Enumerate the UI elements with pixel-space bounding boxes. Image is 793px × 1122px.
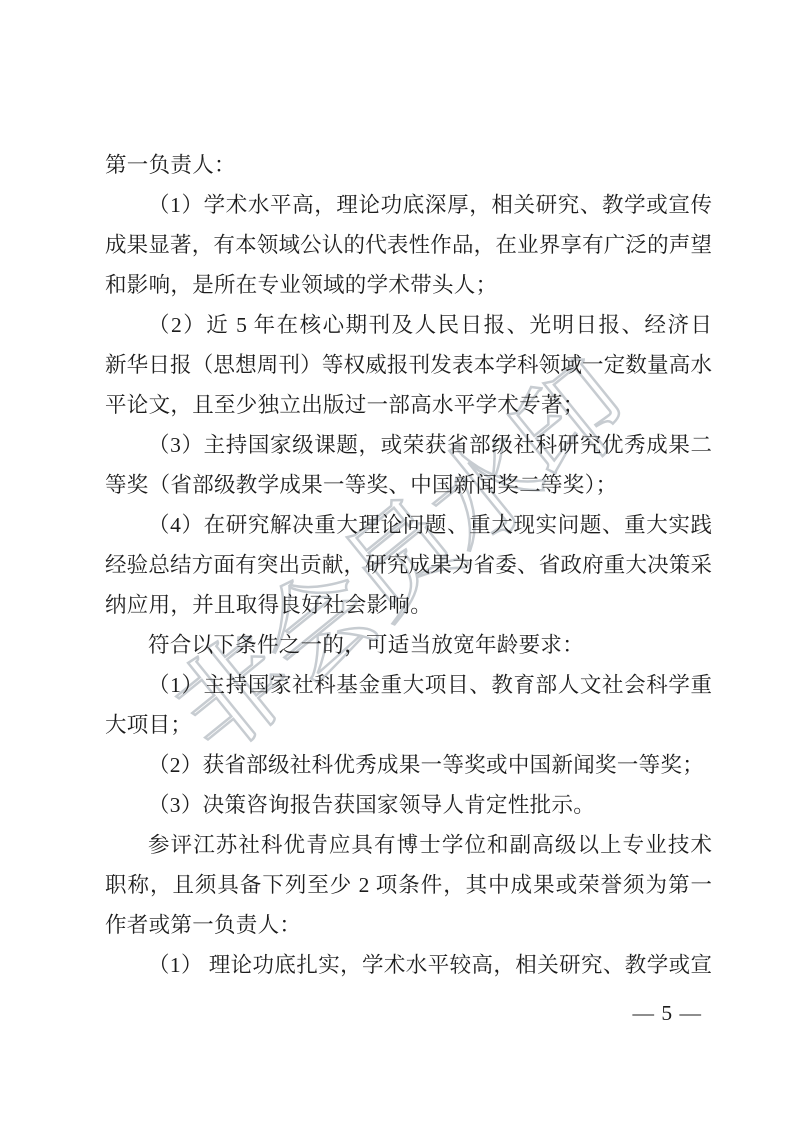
text-line: 作者或第一负责人： [105, 905, 712, 945]
text-line: （2）获省部级社科优秀成果一等奖或中国新闻奖一等奖； [105, 745, 712, 785]
document-page: 非会员水印 第一负责人：（1）学术水平高，理论功底深厚，相关研究、教学或宣传成果… [0, 0, 793, 1122]
text-line: 第一负责人： [105, 145, 712, 185]
text-line: （3）决策咨询报告获国家领导人肯定性批示。 [105, 785, 712, 825]
document-text-column: 第一负责人：（1）学术水平高，理论功底深厚，相关研究、教学或宣传成果显著，有本领… [105, 145, 712, 985]
text-line: 新华日报（思想周刊）等权威报刊发表本学科领域一定数量高水 [105, 345, 712, 385]
text-line: 纳应用，并且取得良好社会影响。 [105, 585, 712, 625]
text-line: （4）在研究解决重大理论问题、重大现实问题、重大实践 [105, 505, 712, 545]
text-line: 参评江苏社科优青应具有博士学位和副高级以上专业技术 [105, 825, 712, 865]
text-line: （2）近 5 年在核心期刊及人民日报、光明日报、经济日报、 [105, 305, 712, 345]
text-line: 经验总结方面有突出贡献，研究成果为省委、省政府重大决策采 [105, 545, 712, 585]
text-line: （1）学术水平高，理论功底深厚，相关研究、教学或宣传 [105, 185, 712, 225]
text-line: 职称，且须具备下列至少 2 项条件，其中成果或荣誉须为第一 [105, 865, 712, 905]
text-line: 等奖（省部级教学成果一等奖、中国新闻奖二等奖）； [105, 465, 712, 505]
text-line: 平论文，且至少独立出版过一部高水平学术专著； [105, 385, 712, 425]
text-line: （1）主持国家社科基金重大项目、教育部人文社会科学重 [105, 665, 712, 705]
page-number: — 5 — [105, 993, 702, 1033]
text-line: 符合以下条件之一的，可适当放宽年龄要求： [105, 625, 712, 665]
text-line: 大项目； [105, 705, 712, 745]
text-line: 和影响，是所在专业领域的学术带头人； [105, 265, 712, 305]
text-line: （1） 理论功底扎实，学术水平较高，相关研究、教学或宣 [105, 945, 712, 985]
text-line: 成果显著，有本领域公认的代表性作品，在业界享有广泛的声望 [105, 225, 712, 265]
text-line: （3）主持国家级课题，或荣获省部级社科研究优秀成果二 [105, 425, 712, 465]
